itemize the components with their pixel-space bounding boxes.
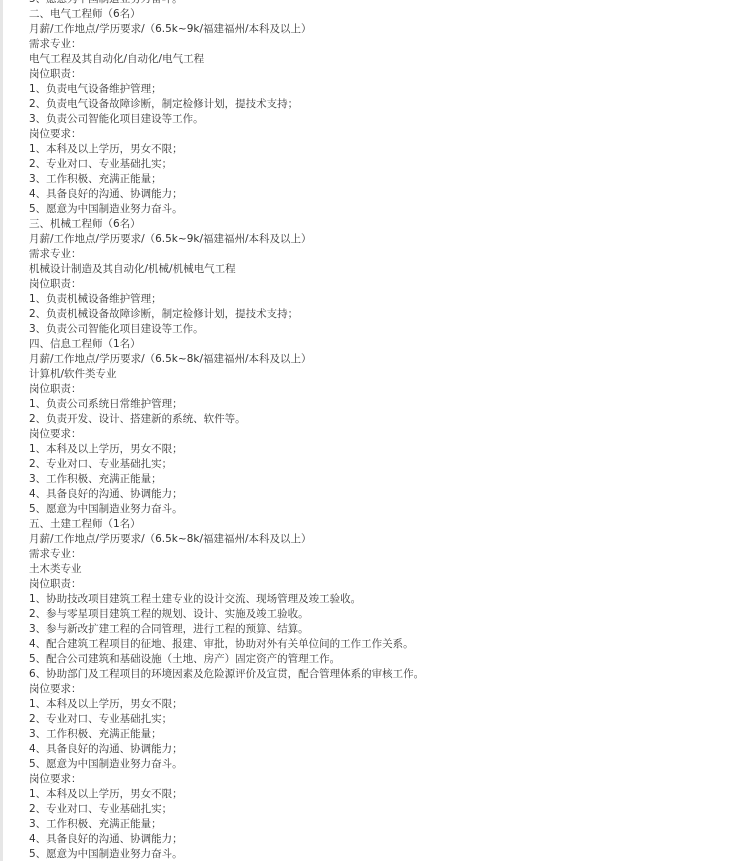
text-line: 岗位职责： [29,277,754,292]
text-line: 2、专业对口、专业基础扎实； [29,802,754,817]
text-line: 1、协助技改项目建筑工程土建专业的设计交流、现场管理及竣工验收。 [29,592,754,607]
text-line: 3、工作积极、充满正能量； [29,727,754,742]
text-line: 3、参与新改扩建工程的合同管理，进行工程的预算、结算。 [29,622,754,637]
text-line: 岗位职责： [29,382,754,397]
text-line: 5、愿意为中国制造业努力奋斗。 [29,0,754,7]
text-line: 5、愿意为中国制造业努力奋斗。 [29,757,754,772]
text-line: 2、负责机械设备故障诊断，制定检修计划，提技术支持； [29,307,754,322]
text-line: 月薪/工作地点/学历要求/（6.5k~8k/福建福州/本科及以上） [29,532,754,547]
text-line: 4、配合建筑工程项目的征地、报建、审批，协助对外有关单位间的工作工作关系。 [29,637,754,652]
text-line: 2、负责电气设备故障诊断，制定检修计划，提技术支持； [29,97,754,112]
text-line: 岗位要求： [29,427,754,442]
section-heading-mechanical-engineer: 三、机械工程师（6名） [29,217,754,232]
text-line: 2、专业对口、专业基础扎实； [29,712,754,727]
text-line: 土木类专业 [29,562,754,577]
text-line: 5、愿意为中国制造业努力奋斗。 [29,202,754,217]
text-line: 计算机/软件类专业 [29,367,754,382]
text-line: 1、本科及以上学历，男女不限； [29,787,754,802]
text-line: 需求专业： [29,37,754,52]
section-heading-electrical-engineer: 二、电气工程师（6名） [29,7,754,22]
text-line: 4、具备良好的沟通、协调能力； [29,187,754,202]
text-line: 6、协助部门及工程项目的环境因素及危险源评价及宣贯，配合管理体系的审核工作。 [29,667,754,682]
text-line: 3、负责公司智能化项目建设等工作。 [29,112,754,127]
text-line: 2、参与零星项目建筑工程的规划、设计、实施及竣工验收。 [29,607,754,622]
text-line: 3、负责公司智能化项目建设等工作。 [29,322,754,337]
text-line: 2、专业对口、专业基础扎实； [29,457,754,472]
text-line: 1、本科及以上学历，男女不限； [29,142,754,157]
text-line: 1、本科及以上学历，男女不限； [29,442,754,457]
text-line: 月薪/工作地点/学历要求/（6.5k~9k/福建福州/本科及以上） [29,22,754,37]
text-line: 3、工作积极、充满正能量； [29,472,754,487]
text-line: 4、具备良好的沟通、协调能力； [29,487,754,502]
text-line: 机械设计制造及其自动化/机械/机械电气工程 [29,262,754,277]
text-line: 4、具备良好的沟通、协调能力； [29,832,754,847]
text-line: 3、工作积极、充满正能量； [29,172,754,187]
left-border [0,0,3,861]
text-line: 5、配合公司建筑和基础设施（土地、房产）固定资产的管理工作。 [29,652,754,667]
text-line: 1、负责电气设备维护管理； [29,82,754,97]
text-line: 1、负责公司系统日常维护管理； [29,397,754,412]
text-line: 岗位要求： [29,127,754,142]
text-line: 需求专业： [29,547,754,562]
text-line: 岗位职责： [29,577,754,592]
text-line: 月薪/工作地点/学历要求/（6.5k~8k/福建福州/本科及以上） [29,352,754,367]
text-line: 电气工程及其自动化/自动化/电气工程 [29,52,754,67]
section-heading-civil-engineer: 五、土建工程师（1名） [29,517,754,532]
text-line: 1、负责机械设备维护管理； [29,292,754,307]
text-line: 岗位职责： [29,67,754,82]
text-line: 岗位要求： [29,772,754,787]
text-line: 4、具备良好的沟通、协调能力； [29,742,754,757]
text-line: 2、专业对口、专业基础扎实； [29,157,754,172]
text-line: 5、愿意为中国制造业努力奋斗。 [29,847,754,861]
text-line: 5、愿意为中国制造业努力奋斗。 [29,502,754,517]
job-posting-text: 5、愿意为中国制造业努力奋斗。 二、电气工程师（6名） 月薪/工作地点/学历要求… [29,0,754,861]
text-line: 3、工作积极、充满正能量； [29,817,754,832]
text-line: 月薪/工作地点/学历要求/（6.5k~9k/福建福州/本科及以上） [29,232,754,247]
text-line: 岗位要求： [29,682,754,697]
text-line: 2、负责开发、设计、搭建新的系统、软件等。 [29,412,754,427]
text-line: 需求专业： [29,247,754,262]
section-heading-information-engineer: 四、信息工程师（1名） [29,337,754,352]
text-line: 1、本科及以上学历，男女不限； [29,697,754,712]
